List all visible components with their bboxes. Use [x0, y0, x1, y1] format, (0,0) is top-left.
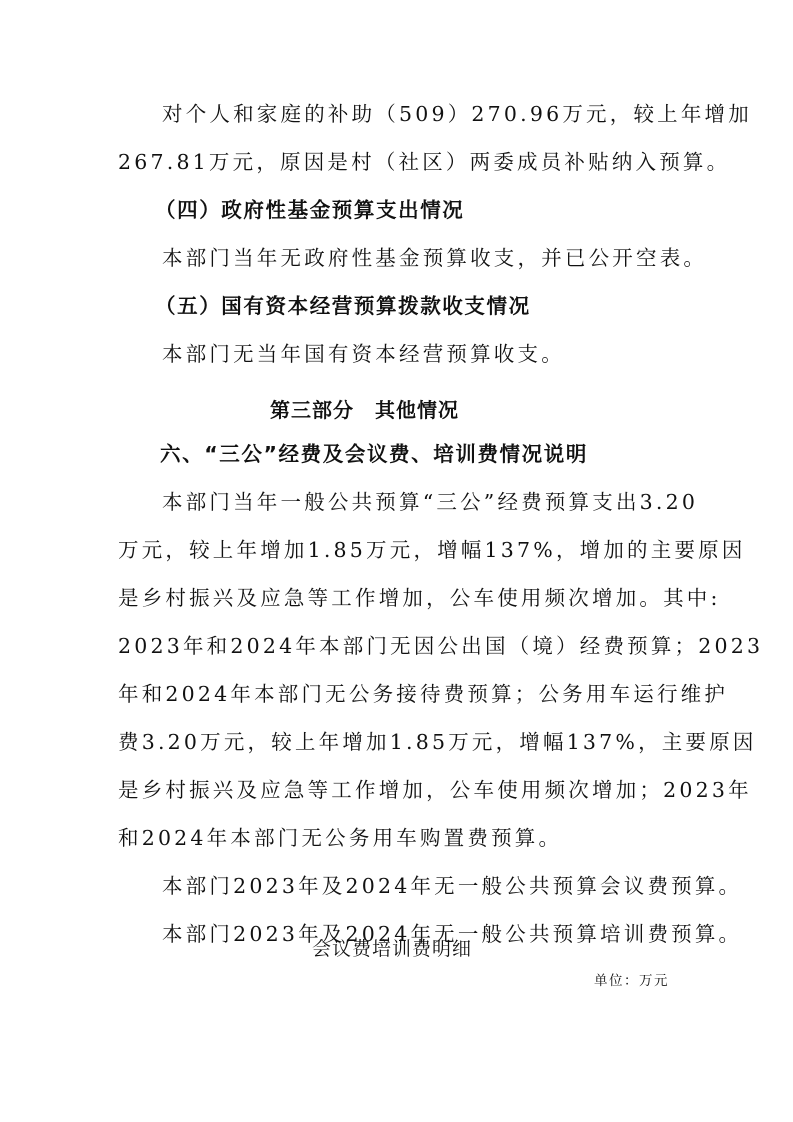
document-page: 对个人和家庭的补助（509）270.96万元，较上年增加 267.81万元，原因… [0, 0, 793, 1122]
subsidy-paragraph-line-2: 267.81万元，原因是村（社区）两委成员补贴纳入预算。 [118, 148, 730, 176]
table-title: 会议费培训费明细 [312, 935, 472, 963]
section-4-body: 本部门当年无政府性基金预算收支，并已公开空表。 [162, 244, 707, 272]
section-6-line-3: 是乡村振兴及应急等工作增加，公车使用频次增加。其中: [118, 584, 721, 612]
meeting-fee-statement: 本部门2023年及2024年无一般公共预算会议费预算。 [162, 872, 742, 900]
section-5-body: 本部门无当年国有资本经营预算收支。 [162, 340, 565, 368]
section-6-line-7: 是乡村振兴及应急等工作增加，公车使用频次增加；2023年 [118, 776, 752, 804]
section-6-line-8: 和2024年本部门无公务用车购置费预算。 [118, 824, 562, 852]
subsidy-paragraph-line-1: 对个人和家庭的补助（509）270.96万元，较上年增加 [162, 100, 752, 128]
section-6-line-5: 年和2024年本部门无公务接待费预算；公务用车运行维护 [118, 680, 728, 708]
section-6-line-2: 万元，较上年增加1.85万元，增幅137%，增加的主要原因 [118, 536, 746, 564]
part-3-title: 第三部分 其他情况 [270, 396, 459, 424]
section-4-heading: （四）政府性基金预算支出情况 [155, 196, 464, 224]
section-6-heading: 六、“三公”经费及会议费、培训费情况说明 [160, 440, 588, 468]
section-6-line-6: 费3.20万元，较上年增加1.85万元，增幅137%，主要原因 [118, 728, 757, 756]
section-5-heading: （五）国有资本经营预算拨款收支情况 [155, 292, 531, 320]
unit-label: 单位：万元 [594, 972, 669, 990]
section-6-line-4: 2023年和2024年本部门无因公出国（境）经费预算；2023 [118, 632, 763, 660]
section-6-line-1: 本部门当年一般公共预算“三公”经费预算支出3.20 [162, 488, 698, 516]
